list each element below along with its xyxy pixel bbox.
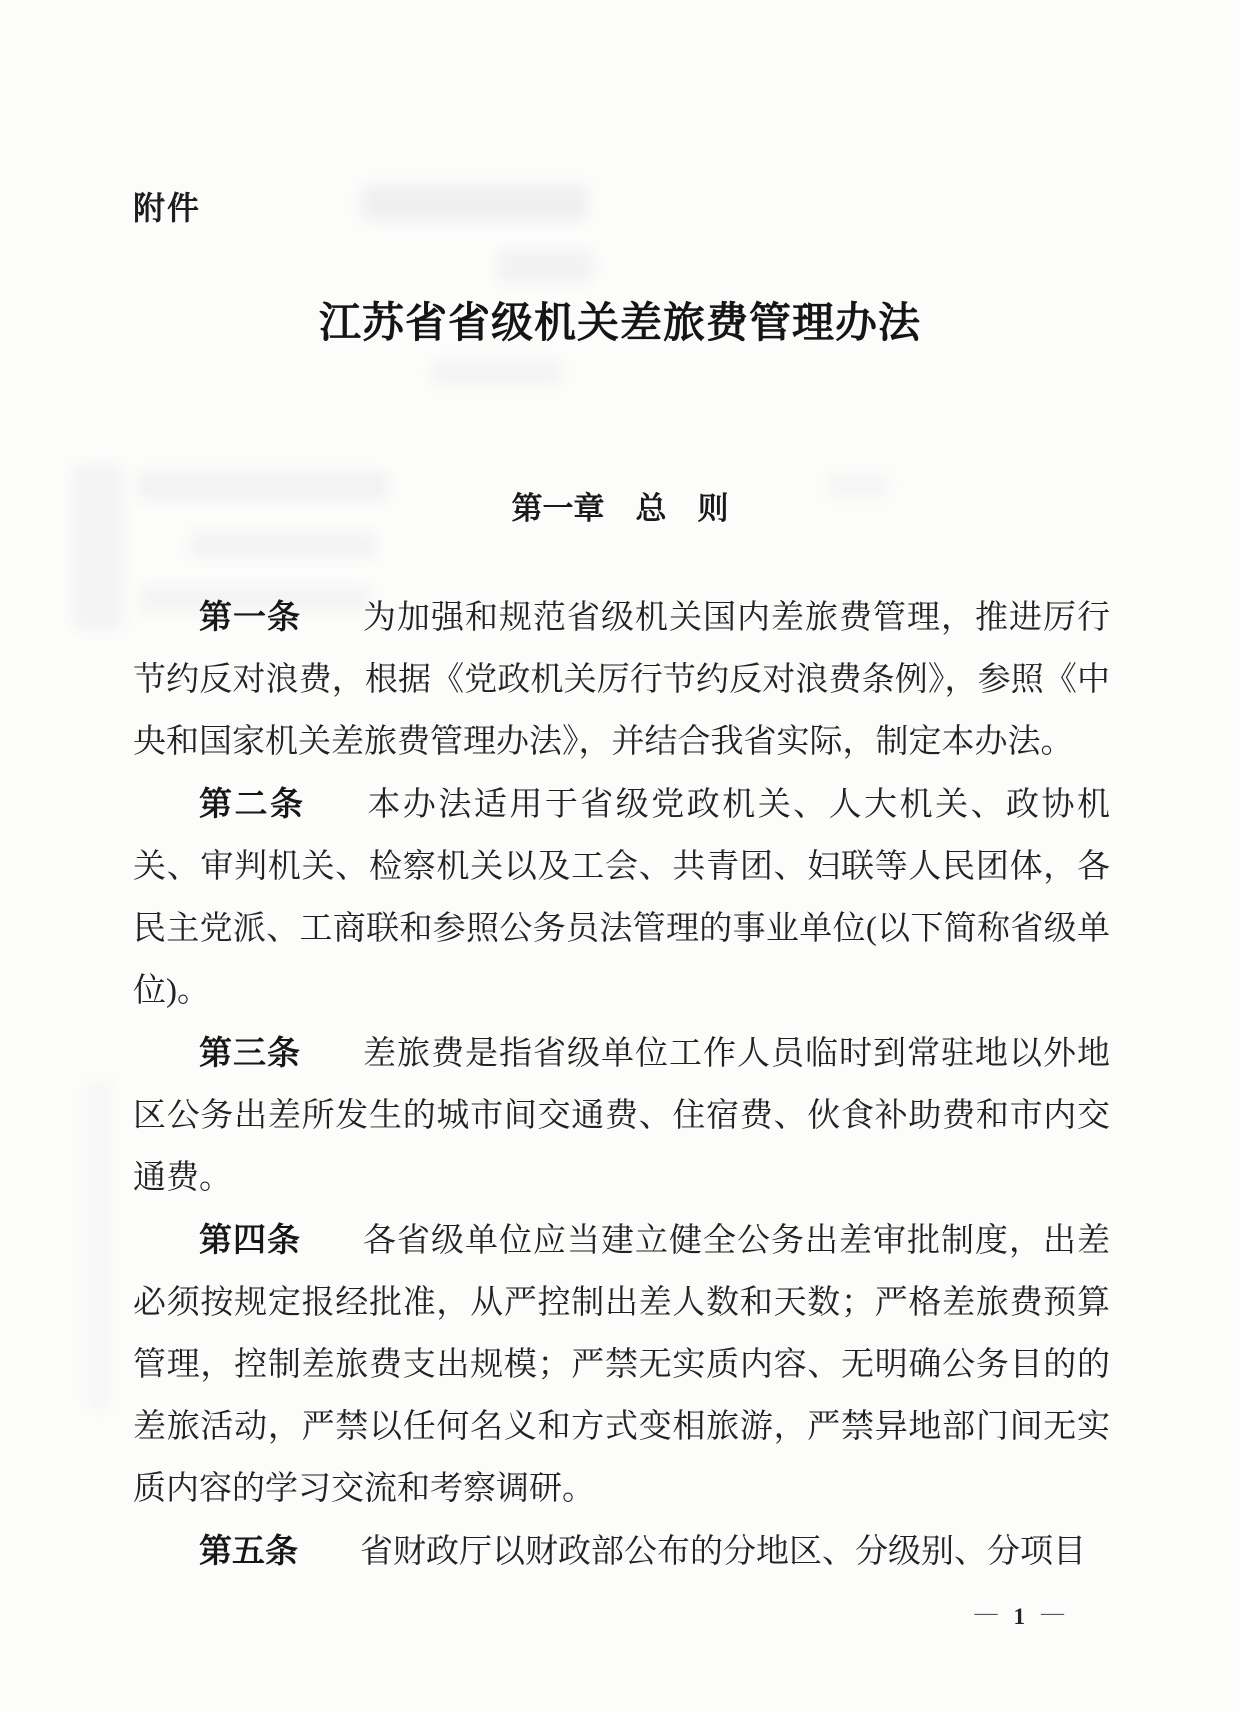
article-paragraph: 第一条为加强和规范省级机关国内差旅费管理，推进厉行节约反对浪费，根据《党政机关厉…	[133, 586, 1110, 773]
article-paragraph: 第二条本办法适用于省级党政机关、人大机关、政协机关、审判机关、检察机关以及工会、…	[133, 773, 1110, 1022]
page-number: 1	[1014, 1604, 1026, 1630]
scan-artifact	[498, 250, 593, 282]
document-page: 附件 江苏省省级机关差旅费管理办法 第一章 总 则 第一条为加强和规范省级机关国…	[0, 0, 1240, 1711]
article-label: 第一条	[199, 598, 363, 635]
scan-artifact	[190, 532, 375, 558]
article-paragraph: 第四条各省级单位应当建立健全公务出差审批制度，出差必须按规定报经批准，从严控制出…	[133, 1209, 1110, 1520]
article-label: 第二条	[199, 785, 367, 822]
scan-artifact	[86, 1080, 112, 1410]
article-label: 第四条	[199, 1221, 363, 1258]
document-body: 第一条为加强和规范省级机关国内差旅费管理，推进厉行节约反对浪费，根据《党政机关厉…	[133, 586, 1110, 1583]
footer-dash: —	[1041, 1600, 1064, 1625]
article-paragraph: 第五条省财政厅以财政部公布的分地区、分级别、分项目	[133, 1520, 1110, 1583]
article-paragraph: 第三条差旅费是指省级单位工作人员临时到常驻地以外地区公务出差所发生的城市间交通费…	[133, 1022, 1110, 1209]
chapter-heading: 第一章 总 则	[0, 483, 1240, 528]
article-label: 第三条	[199, 1034, 363, 1071]
article-text: 各省级单位应当建立健全公务出差审批制度，出差必须按规定报经批准，从严控制出差人数…	[133, 1223, 1110, 1507]
scan-artifact	[432, 360, 562, 386]
attachment-label: 附件	[133, 183, 201, 229]
article-text: 省财政厅以财政部公布的分地区、分级别、分项目	[360, 1534, 1086, 1570]
scan-artifact	[362, 186, 587, 220]
page-footer: —1—	[975, 1603, 1065, 1631]
footer-dash: —	[975, 1600, 998, 1625]
article-label: 第五条	[199, 1532, 360, 1569]
document-title: 江苏省省级机关差旅费管理办法	[0, 290, 1240, 350]
